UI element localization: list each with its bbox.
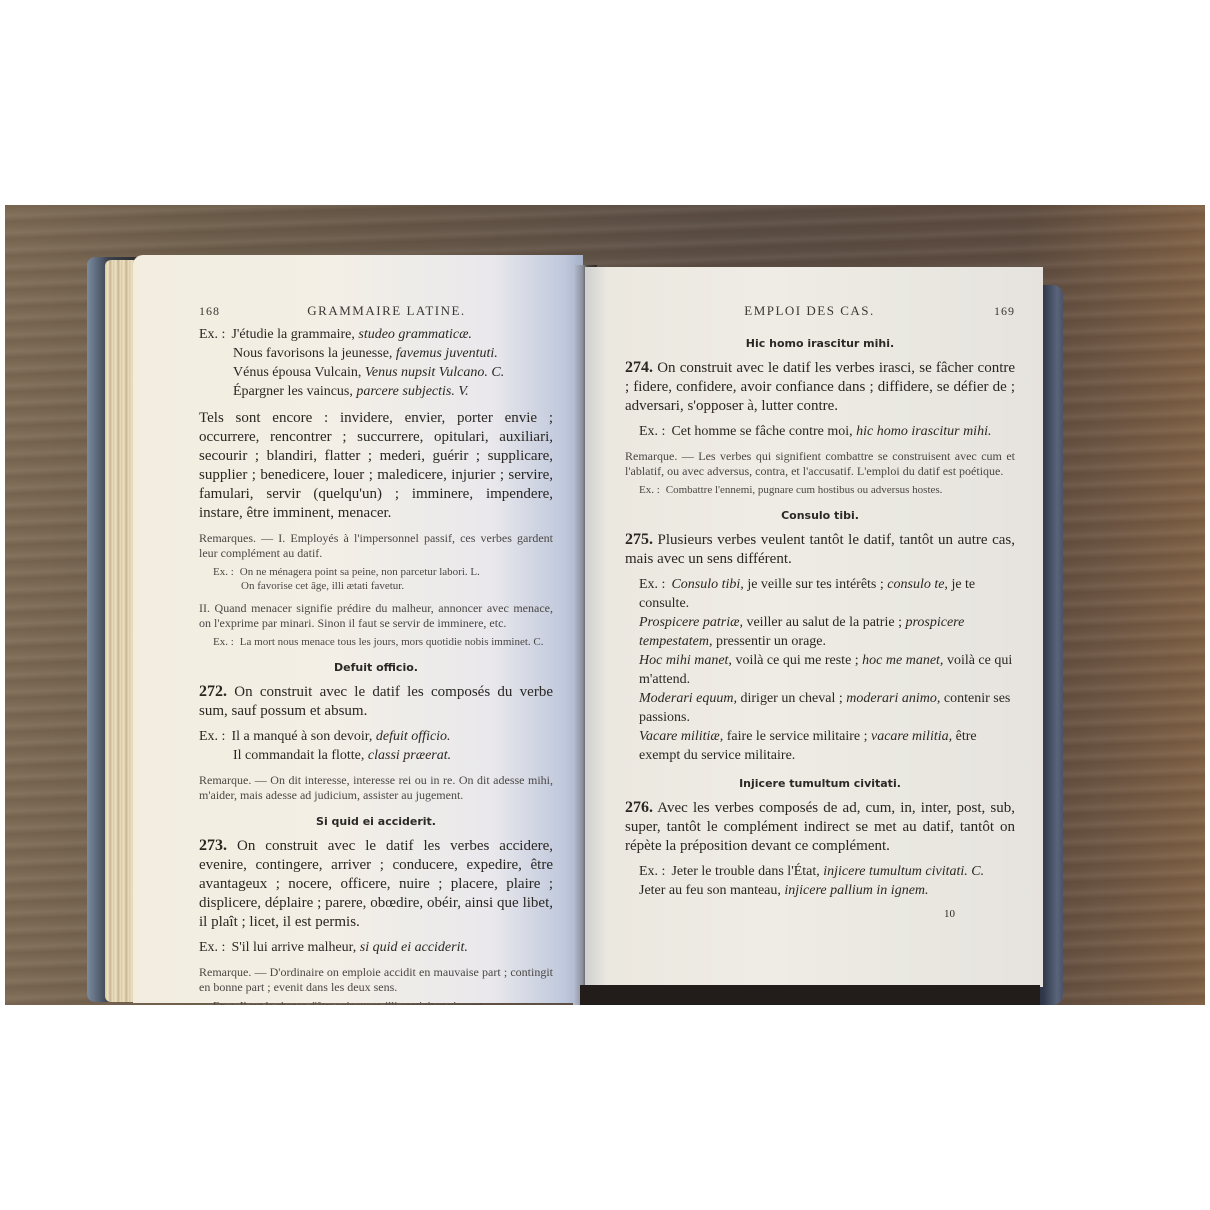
remark-273-example: Ex. :Il eut la chance d'être vainqueur, …	[213, 999, 553, 1005]
paragraph-274: 274. On construit avec le datif les verb…	[625, 358, 1015, 416]
section-heading-276: Injicere tumultum civitati.	[625, 777, 1015, 790]
paragraph-273: 273. On construit avec le datif les verb…	[199, 836, 553, 932]
examples-275: Ex. :Consulo tibi, je veille sur tes int…	[625, 575, 1015, 765]
remark-2-example: Ex. :La mort nous menace tous les jours,…	[213, 635, 553, 649]
section-heading-274: Hic homo irascitur mihi.	[625, 337, 1015, 350]
right-page: EMPLOI DES CAS. 169 Hic homo irascitur m…	[585, 267, 1043, 987]
remark-274-example: Ex. :Combattre l'ennemi, pugnare cum hos…	[639, 483, 1015, 497]
page-bottom-shadow	[580, 985, 1040, 1005]
page-number: 168	[199, 304, 220, 319]
example-274: Ex. :Cet homme se fâche contre moi, hic …	[639, 422, 1015, 441]
remark-2: II. Quand menacer signifie prédire du ma…	[199, 601, 553, 631]
signature-mark: 10	[625, 908, 955, 920]
remark-1-examples: Ex. :On ne ménagera point sa peine, non …	[213, 565, 553, 593]
example-line: Vacare militiæ, faire le service militai…	[639, 727, 1015, 765]
page-number: 169	[994, 304, 1015, 319]
example-line: Moderari equum, diriger un cheval ; mode…	[639, 689, 1015, 727]
section-heading-275: Consulo tibi.	[625, 509, 1015, 522]
example-line: Nous favorisons la jeunesse, favemus juv…	[199, 344, 553, 363]
example-line: Hoc mihi manet, voilà ce qui me reste ; …	[639, 651, 1015, 689]
left-page: 168 GRAMMAIRE LATINE. Ex. :J'étudie la g…	[133, 255, 583, 1003]
examples-276: Ex. :Jeter le trouble dans l'État, injic…	[625, 862, 1015, 900]
remark-1: Remarques. — I. Employés à l'impersonnel…	[199, 531, 553, 561]
example-line: Épargner les vaincus, parcere subjectis.…	[199, 382, 553, 401]
running-head-left: 168 GRAMMAIRE LATINE.	[199, 303, 553, 319]
remark-274: Remarque. — Les verbes qui signifient co…	[625, 449, 1015, 479]
book-photo: 168 GRAMMAIRE LATINE. Ex. :J'étudie la g…	[5, 205, 1205, 1005]
example-line: Vénus épousa Vulcain, Venus nupsit Vulca…	[199, 363, 553, 382]
running-title: GRAMMAIRE LATINE.	[220, 303, 553, 319]
section-heading-273: Si quid ei acciderit.	[199, 815, 553, 828]
paragraph-275: 275. Plusieurs verbes veulent tantôt le …	[625, 530, 1015, 569]
remark-272: Remarque. — On dit interesse, interesse …	[199, 773, 553, 803]
example-273: Ex. :S'il lui arrive malheur, si quid ei…	[199, 938, 553, 957]
examples-272: Ex. :Il a manqué à son devoir, defuit of…	[199, 727, 553, 765]
section-heading-272: Defuit officio.	[199, 661, 553, 674]
running-title: EMPLOI DES CAS.	[625, 303, 994, 319]
remark-273: Remarque. — D'ordinaire on emploie accid…	[199, 965, 553, 995]
paragraph-tels-sont: Tels sont encore : invidere, envier, por…	[199, 409, 553, 523]
example-line: Ex. :J'étudie la grammaire, studeo gramm…	[199, 325, 553, 344]
example-block: Ex. :J'étudie la grammaire, studeo gramm…	[199, 325, 553, 401]
running-head-right: EMPLOI DES CAS. 169	[625, 303, 1015, 319]
example-line: Prospicere patriæ, veiller au salut de l…	[639, 613, 1015, 651]
example-line: Ex. :Consulo tibi, je veille sur tes int…	[639, 575, 1015, 613]
paragraph-272: 272. On construit avec le datif les comp…	[199, 682, 553, 721]
paragraph-276: 276. Avec les verbes composés de ad, cum…	[625, 798, 1015, 856]
